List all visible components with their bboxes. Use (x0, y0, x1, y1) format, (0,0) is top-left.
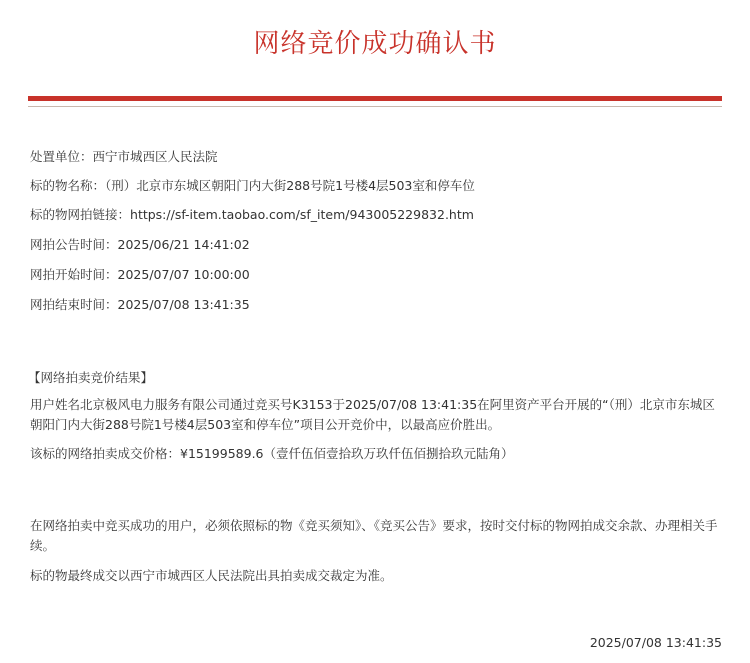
price-line: 该标的网络拍卖成交价格：¥15199589.6（壹仟伍佰壹拾玖万玖仟伍佰捌拾玖元… (30, 445, 514, 463)
result-paragraph: 用户姓名北京极风电力服务有限公司通过竞买号K3153于2025/07/08 13… (30, 395, 720, 435)
title-divider-thin (28, 106, 722, 107)
info-disposal-unit: 处置单位：西宁市城西区人民法院 (30, 148, 218, 166)
info-label: 网拍开始时间： (30, 267, 118, 282)
footer-date: 2025/07/08 13:41:35 (590, 634, 722, 652)
document-title: 网络竞价成功确认书 (0, 26, 750, 62)
result-heading: 【网络拍卖竞价结果】 (28, 369, 153, 387)
info-value: 2025/07/07 10:00:00 (118, 267, 250, 282)
info-end-time: 网拍结束时间：2025/07/08 13:41:35 (30, 296, 250, 314)
info-start-time: 网拍开始时间：2025/07/07 10:00:00 (30, 266, 250, 284)
info-label: 处置单位： (30, 149, 93, 164)
info-value: 2025/06/21 14:41:02 (118, 237, 250, 252)
info-label: 网拍公告时间： (30, 237, 118, 252)
info-item-name: 标的物名称：（刑）北京市东城区朝阳门内大街288号院1号楼4层503室和停车位 (30, 177, 475, 195)
notice-paragraph: 在网络拍卖中竞买成功的用户，必须依照标的物《竞买须知》、《竞买公告》要求，按时交… (30, 516, 720, 556)
final-paragraph: 标的物最终成交以西宁市城西区人民法院出具拍卖成交裁定为准。 (30, 567, 393, 585)
info-label: 网拍结束时间： (30, 297, 118, 312)
info-announcement-time: 网拍公告时间：2025/06/21 14:41:02 (30, 236, 250, 254)
info-value: （刑）北京市东城区朝阳门内大街288号院1号楼4层503室和停车位 (105, 178, 475, 193)
info-label: 标的物网拍链接： (30, 207, 130, 222)
info-value: 西宁市城西区人民法院 (93, 149, 218, 164)
title-divider-thick (28, 96, 722, 101)
item-link[interactable]: https://sf-item.taobao.com/sf_item/94300… (130, 207, 474, 222)
info-item-link: 标的物网拍链接：https://sf-item.taobao.com/sf_it… (30, 206, 474, 224)
info-label: 标的物名称： (30, 178, 105, 193)
info-value: 2025/07/08 13:41:35 (118, 297, 250, 312)
